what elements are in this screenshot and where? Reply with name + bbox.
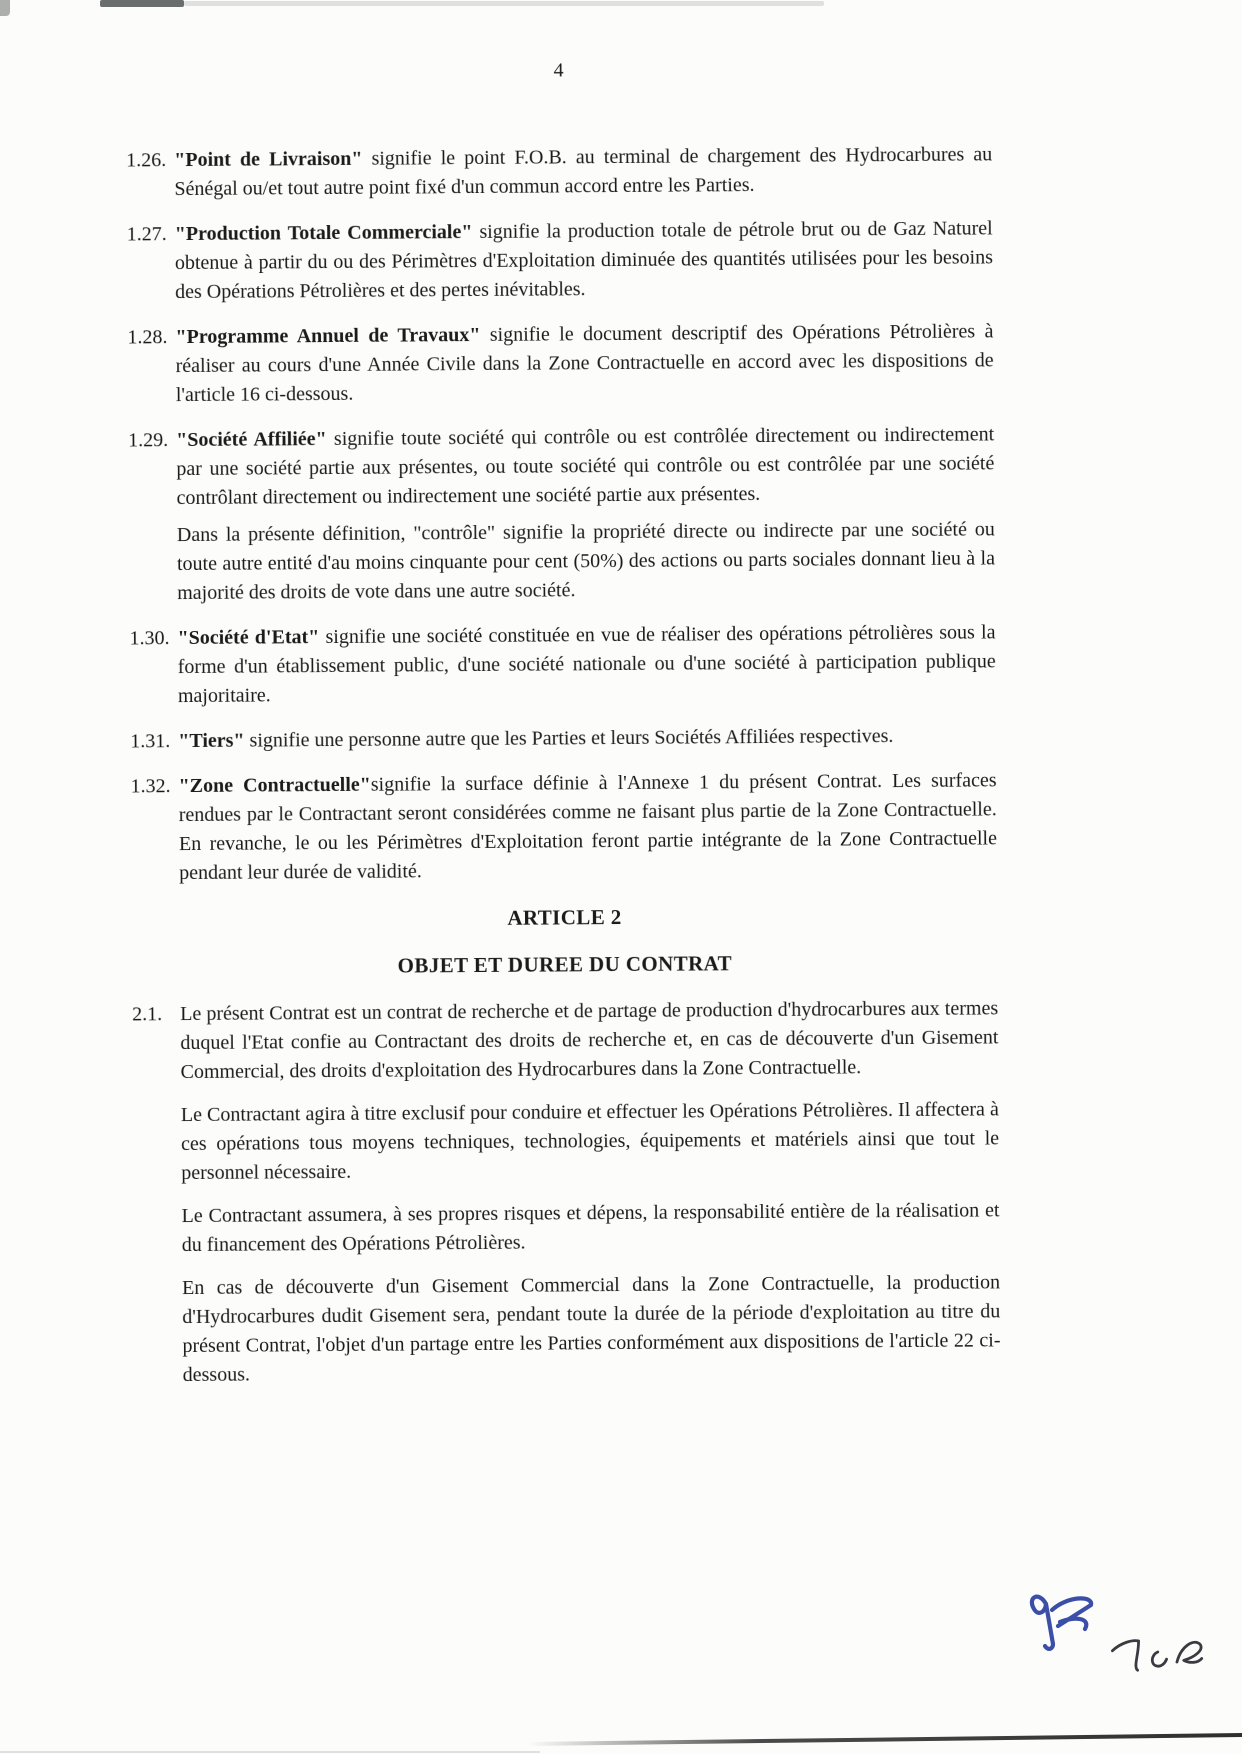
definition-text: "Zone Contractuelle"signifie la surface … bbox=[178, 766, 997, 888]
page-number: 4 bbox=[126, 53, 992, 88]
definition-term: "Point de Livraison" bbox=[174, 148, 362, 171]
section-number: 2.1. bbox=[132, 1000, 181, 1087]
section-2-1: 2.1. Le présent Contrat est un contrat d… bbox=[132, 994, 999, 1087]
definition-1-29: 1.29. "Société Affiliée" signifie toute … bbox=[128, 420, 995, 513]
definition-number: 1.27. bbox=[127, 220, 176, 307]
definition-text: "Programme Annuel de Travaux" signifie l… bbox=[175, 317, 994, 410]
definition-term: "Production Totale Commerciale" bbox=[175, 221, 473, 245]
definition-body: signifie une personne autre que les Part… bbox=[244, 725, 893, 752]
definition-1-31: 1.31. "Tiers" signifie une personne autr… bbox=[130, 721, 996, 756]
section-paragraph-2: Le Contractant agira à titre exclusif po… bbox=[181, 1095, 1000, 1188]
definition-1-32: 1.32. "Zone Contractuelle"signifie la su… bbox=[130, 766, 997, 888]
section-paragraph-1: Le présent Contrat est un contrat de rec… bbox=[180, 994, 999, 1087]
definition-term: "Tiers" bbox=[178, 730, 244, 752]
definition-number: 1.26. bbox=[126, 146, 174, 204]
scanned-contract-page: 4 1.26. "Point de Livraison" signifie le… bbox=[0, 0, 1242, 1754]
definition-number: 1.28. bbox=[127, 323, 176, 410]
definition-1-30: 1.30. "Société d'Etat" signifie une soci… bbox=[129, 618, 996, 711]
definition-text: "Société d'Etat" signifie une société co… bbox=[177, 618, 996, 711]
section-paragraph-3: Le Contractant assumera, à ses propres r… bbox=[181, 1196, 999, 1260]
definition-term: "Zone Contractuelle" bbox=[179, 774, 371, 797]
definition-number: 1.31. bbox=[130, 727, 178, 756]
definition-term: "Programme Annuel de Travaux" bbox=[175, 324, 480, 348]
page-content: 4 1.26. "Point de Livraison" signifie le… bbox=[0, 0, 1242, 1754]
definition-term: "Société d'Etat" bbox=[177, 626, 319, 649]
scan-artifact-bottom-faint-edge bbox=[0, 1751, 540, 1753]
definition-term: "Société Affiliée" bbox=[176, 428, 327, 451]
definition-1-28: 1.28. "Programme Annuel de Travaux" sign… bbox=[127, 317, 994, 410]
definition-number: 1.32. bbox=[130, 772, 179, 888]
definition-1-29-continuation: Dans la présente définition, "contrôle" … bbox=[177, 515, 996, 608]
definition-number: 1.30. bbox=[129, 624, 178, 711]
article-2-heading: ARTICLE 2 bbox=[131, 900, 997, 935]
definition-text: "Tiers" signifie une personne autre que … bbox=[178, 721, 996, 756]
definition-text: "Société Affiliée" signifie toute sociét… bbox=[176, 420, 995, 513]
definition-number: 1.29. bbox=[128, 426, 177, 513]
definition-text: "Production Totale Commerciale" signifie… bbox=[175, 214, 994, 307]
section-paragraph-4: En cas de découverte d'un Gisement Comme… bbox=[182, 1268, 1001, 1390]
definition-text: "Point de Livraison" signifie le point F… bbox=[174, 140, 992, 204]
article-2-subheading: OBJET ET DUREE DU CONTRAT bbox=[132, 947, 998, 982]
definition-1-27: 1.27. "Production Totale Commerciale" si… bbox=[127, 214, 994, 307]
definition-1-26: 1.26. "Point de Livraison" signifie le p… bbox=[126, 140, 992, 204]
